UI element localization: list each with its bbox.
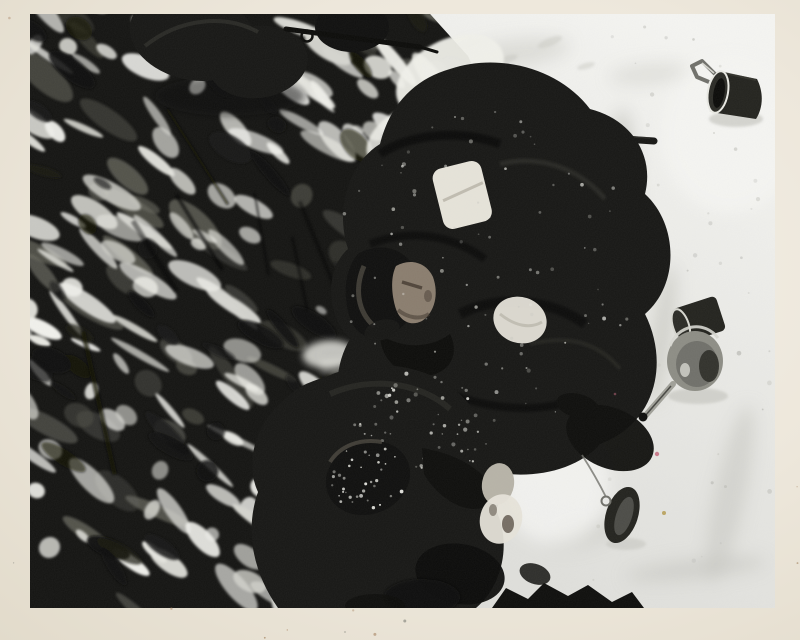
photo-image — [30, 14, 775, 608]
photo-border — [0, 0, 800, 640]
photograph — [30, 14, 775, 608]
film-grain-overlay — [30, 14, 775, 608]
